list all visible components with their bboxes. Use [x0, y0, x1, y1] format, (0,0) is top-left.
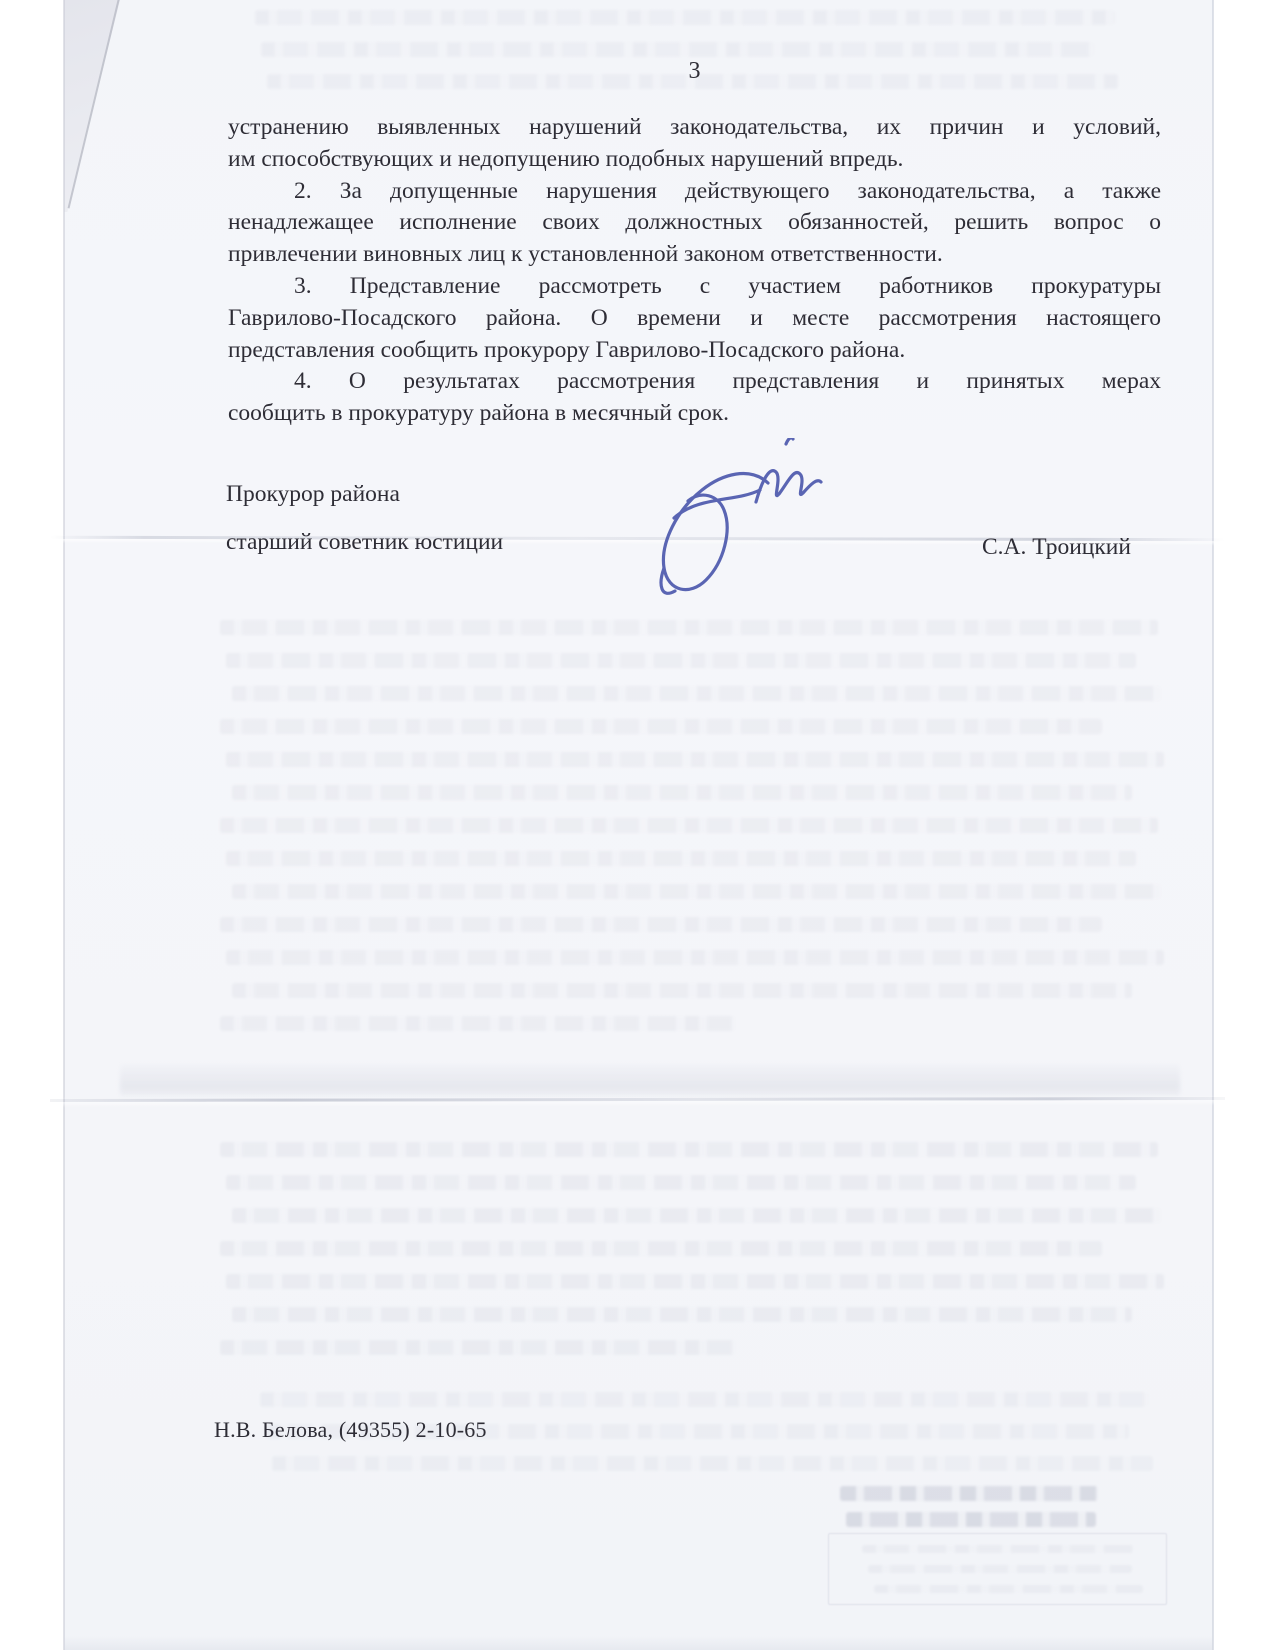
paper-bottom-shadow [64, 1636, 1213, 1650]
paper-right-edge [1212, 0, 1214, 1650]
signer-name: С.А. Троицкий [982, 534, 1131, 561]
text-line: 2. За допущенные нарушения действующего … [228, 176, 1161, 208]
paragraph: 2. За допущенные нарушения действующего … [228, 176, 1161, 271]
page-number: 3 [228, 58, 1161, 85]
signer-position-line2: старший советник юстиции [226, 529, 503, 556]
document-body: устранению выявленных нарушений законода… [228, 112, 1161, 430]
paragraph: 3. Представление рассмотреть с участием … [228, 271, 1161, 366]
paragraph: устранению выявленных нарушений законода… [228, 112, 1161, 176]
handwritten-signature-ink [618, 438, 830, 610]
stamp-bleedthrough-box [828, 1533, 1167, 1605]
signer-position-line1: Прокурор района [226, 481, 400, 508]
text-line: Гаврилово-Посадского района. О времени и… [228, 303, 1161, 335]
text-line: ненадлежащее исполнение своих должностны… [228, 207, 1161, 239]
paragraph: 4. О результатах рассмотрения представле… [228, 366, 1161, 430]
text-line: привлечении виновных лиц к установленной… [228, 239, 1161, 271]
text-line: 3. Представление рассмотреть с участием … [228, 271, 1161, 303]
text-line: представления сообщить прокурору Гаврило… [228, 335, 1161, 367]
text-line: им способствующих и недопущению подобных… [228, 144, 1161, 176]
text-line: сообщить в прокуратуру района в месячный… [228, 398, 1161, 430]
executor-contact: Н.В. Белова, (49355) 2-10-65 [214, 1417, 487, 1443]
paper-left-edge [63, 0, 65, 1650]
text-line: устранению выявленных нарушений законода… [228, 112, 1161, 144]
text-line: 4. О результатах рассмотрения представле… [228, 366, 1161, 398]
scanned-document-page: 3 устранению выявленных нарушений законо… [0, 0, 1275, 1650]
